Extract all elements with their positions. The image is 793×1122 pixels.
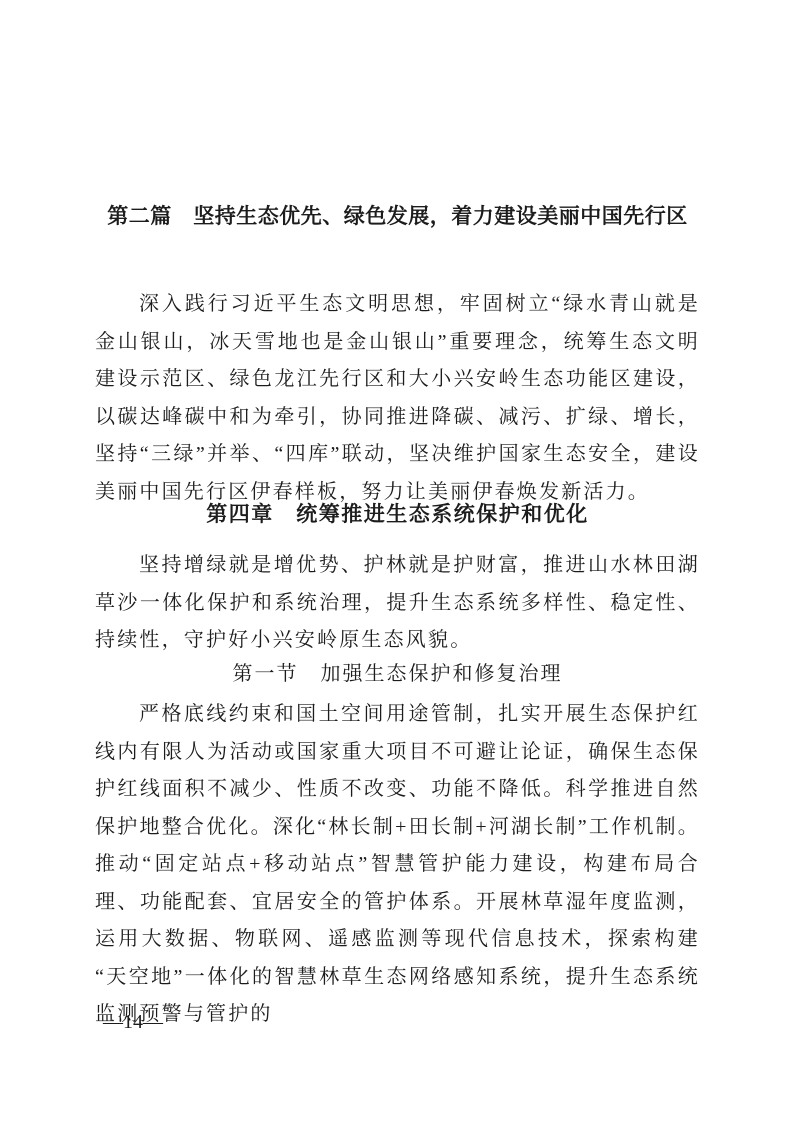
part-title: 第二篇 坚持生态优先、绿色发展，着力建设美丽中国先行区: [95, 198, 700, 235]
intro-paragraph: 深入践行习近平生态文明思想，牢固树立“绿水青山就是金山银山，冰天雪地也是金山银山…: [95, 286, 700, 511]
document-page: 第二篇 坚持生态优先、绿色发展，着力建设美丽中国先行区 深入践行习近平生态文明思…: [0, 0, 793, 1122]
page-number: —14—: [103, 1010, 163, 1034]
chapter-heading: 第四章 统筹推进生态系统保护和优化: [95, 496, 700, 534]
section-body-paragraph: 严格底线约束和国土空间用途管制，扎实开展生态保护红线内有限人为活动或国家重大项目…: [95, 696, 700, 1034]
chapter-lead-paragraph: 坚持增绿就是增优势、护林就是护财富，推进山水林田湖草沙一体化保护和系统治理，提升…: [95, 547, 700, 660]
section-heading: 第一节 加强生态保护和修复治理: [95, 656, 700, 694]
